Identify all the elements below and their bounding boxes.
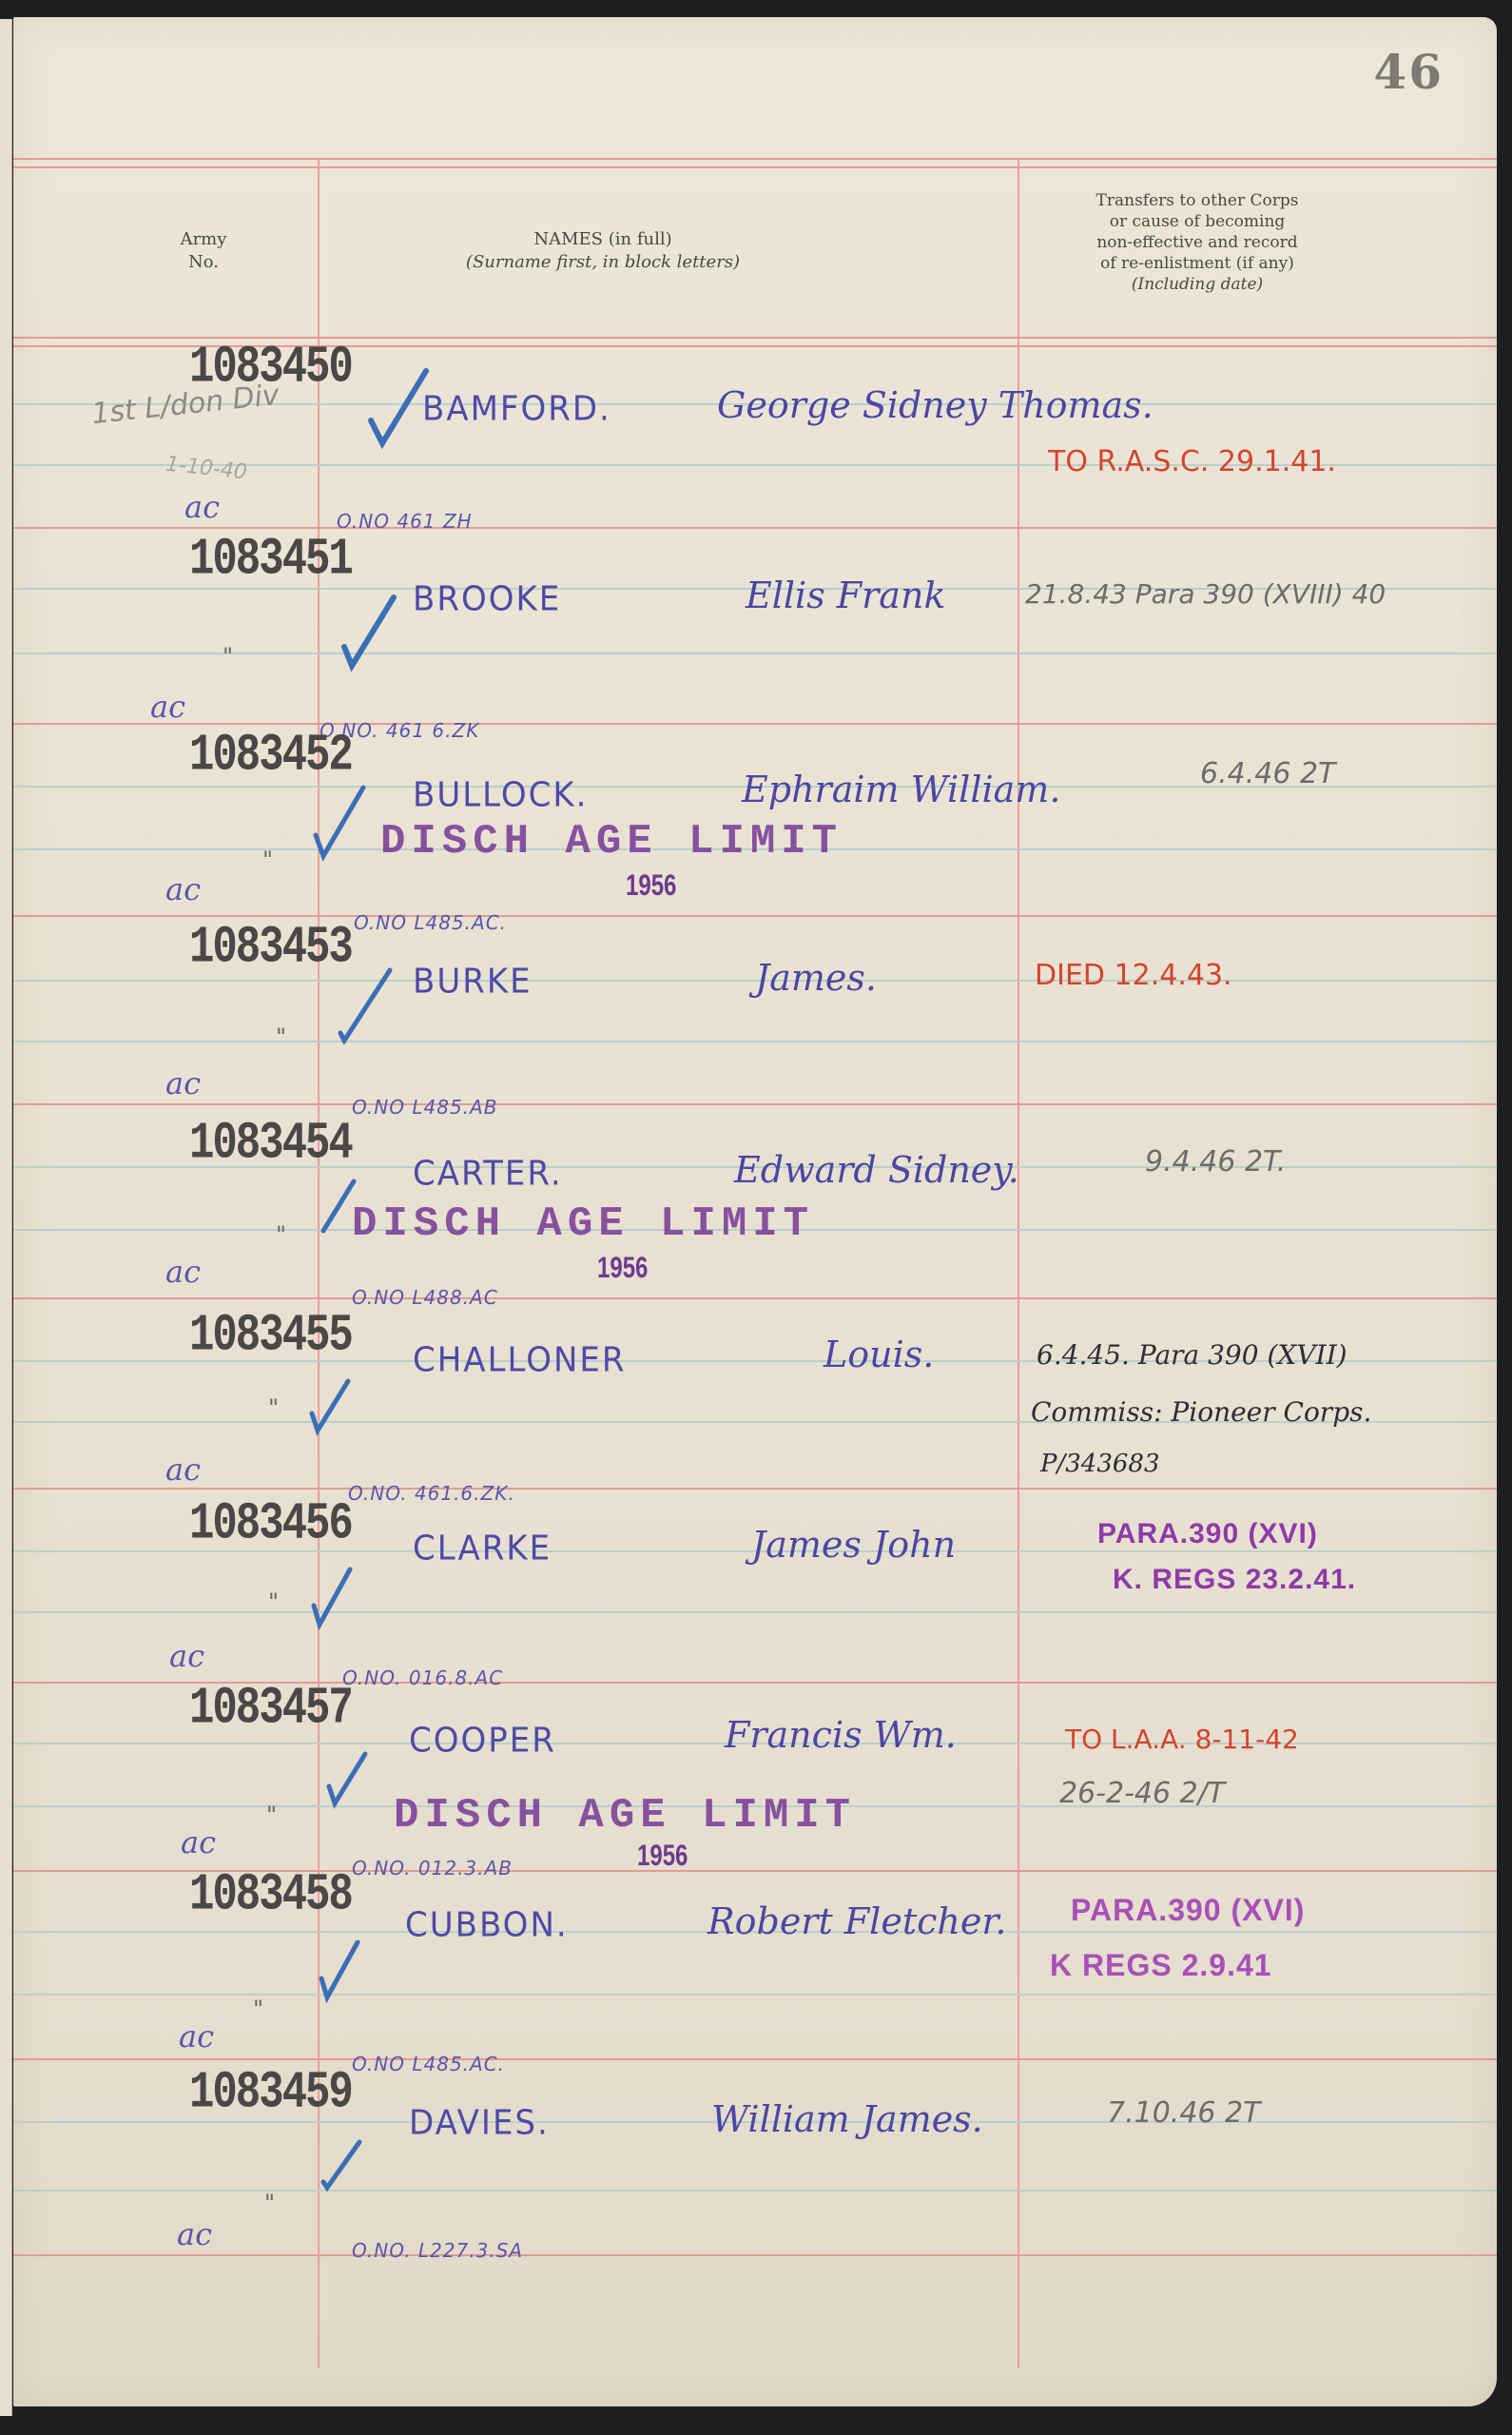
transfer-stamp: PARA.390 (XVI): [1071, 1893, 1305, 1928]
header-names-label: NAMES (in full): [413, 228, 793, 251]
transfer-note: P/343683: [1040, 1450, 1160, 1478]
header-no-label: No.: [146, 251, 261, 274]
army-number: 1083455: [189, 1307, 352, 1367]
ac-mark: ac: [150, 689, 185, 725]
transfer-note: 26-2-46 2/T: [1059, 1777, 1225, 1810]
blue-rule: [13, 1994, 1497, 1996]
officer-number: O.NO L485.AC.: [352, 2053, 505, 2075]
ac-mark: ac: [184, 489, 220, 525]
ditto-mark: ": [264, 2190, 275, 2216]
surname: BROOKE: [413, 579, 561, 619]
surname: DAVIES.: [409, 2103, 550, 2143]
officer-number: O.NO L485.AB: [352, 1096, 497, 1119]
header-transfers-line: of re-enlistment (if any): [1059, 253, 1335, 274]
given-names: Edward Sidney.: [734, 1149, 1019, 1191]
check-mark-icon: [308, 778, 375, 864]
surname: CUBBON.: [405, 1905, 569, 1945]
entry-rule: [13, 723, 1497, 725]
transfer-note: 9.4.46 2T.: [1145, 1145, 1286, 1179]
army-number: 1083453: [189, 919, 352, 979]
check-mark-icon: [308, 1564, 356, 1630]
ac-mark: ac: [177, 2216, 212, 2252]
ac-mark: ac: [169, 1638, 204, 1674]
discharge-stamp: DISCH AGE LIMIT: [352, 1200, 814, 1248]
discharge-stamp: DISCH AGE LIMIT: [394, 1792, 856, 1840]
ditto-mark: ": [253, 1996, 263, 2022]
adjacent-page-edge: [0, 19, 12, 2416]
column-divider-names-transfers: [1018, 158, 1019, 2368]
surname: COOPER: [409, 1721, 556, 1761]
officer-number: O.NO L488.AC: [352, 1286, 498, 1309]
given-names: Louis.: [824, 1334, 934, 1375]
margin-unit-note: 1st L/don Div: [90, 379, 281, 432]
transfer-note: TO R.A.S.C. 29.1.41.: [1048, 445, 1336, 478]
ac-mark: ac: [165, 1065, 201, 1101]
ac-mark: ac: [165, 1254, 201, 1290]
entry-rule: [13, 1488, 1497, 1490]
surname: CARTER.: [413, 1154, 563, 1194]
officer-number: O.NO. 016.8.AC: [342, 1666, 503, 1689]
given-names: James.: [755, 957, 877, 999]
entry-rule: [13, 527, 1497, 529]
entry-rule: [13, 2058, 1497, 2060]
army-number: 1083458: [189, 1866, 352, 1926]
page-number: 46: [1373, 44, 1444, 100]
margin-date-note: 1-10-40: [165, 453, 248, 485]
check-mark-icon: [318, 2134, 365, 2191]
stamp-year: 1956: [637, 1840, 688, 1874]
ledger-page: 46 Army No. NAMES (in full) (Surname fir…: [13, 17, 1497, 2406]
ac-mark: ac: [165, 871, 201, 907]
transfer-note: 7.10.46 2T: [1107, 2096, 1260, 2130]
army-number: 1083452: [189, 727, 352, 787]
ditto-mark: ": [223, 643, 233, 670]
army-number: 1083459: [189, 2064, 352, 2124]
entry-rule: [13, 1297, 1497, 1299]
ac-mark: ac: [179, 2018, 214, 2055]
given-names: Ellis Frank: [746, 575, 945, 616]
header-names-sub: (Surname first, in block letters): [413, 251, 793, 274]
officer-number: O.NO. 012.3.AB: [352, 1857, 513, 1880]
ditto-mark: ": [268, 1394, 279, 1421]
surname: CHALLONER: [413, 1340, 627, 1380]
header-army-label: Army: [146, 228, 261, 251]
officer-number: O.NO 461 ZH: [337, 510, 473, 533]
check-mark-icon: [337, 588, 403, 673]
officer-number: O.NO. L227.3.SA: [352, 2239, 523, 2262]
entry-rule: [13, 1103, 1497, 1105]
transfer-note: 6.4.46 2T: [1200, 757, 1335, 790]
transfer-stamp: K REGS 2.9.41: [1050, 1948, 1272, 1983]
blue-rule: [13, 653, 1497, 654]
header-transfers-line: Transfers to other Corps: [1059, 190, 1335, 211]
officer-number: O.NO. 461.6.ZK.: [348, 1482, 515, 1505]
transfer-stamp: PARA.390 (XVI): [1097, 1518, 1318, 1550]
stamp-year: 1956: [597, 1252, 648, 1286]
army-number: 1083454: [189, 1115, 352, 1175]
ditto-mark: ": [266, 1802, 277, 1828]
ac-mark: ac: [181, 1824, 216, 1860]
given-names: Ephraim William.: [742, 769, 1060, 810]
surname: BULLOCK.: [413, 775, 589, 815]
header-transfers-sub: (Including date): [1059, 274, 1335, 295]
stamp-year: 1956: [626, 869, 676, 904]
ditto-mark: ": [276, 1023, 286, 1050]
army-number: 1083451: [189, 531, 352, 591]
header-names: NAMES (in full) (Surname first, in block…: [413, 228, 793, 274]
check-mark-icon: [316, 1937, 363, 2003]
given-names: Robert Fletcher.: [708, 1900, 1006, 1942]
transfer-note: TO L.A.A. 8-11-42: [1065, 1724, 1299, 1755]
header-top-rule: [13, 158, 1497, 168]
transfer-note: 6.4.45. Para 390 (XVII): [1037, 1339, 1347, 1371]
blue-rule: [13, 2190, 1497, 2191]
transfer-note: 21.8.43 Para 390 (XVIII) 40: [1025, 578, 1386, 610]
army-number: 1083456: [189, 1495, 352, 1555]
transfer-note: Commiss: Pioneer Corps.: [1031, 1396, 1371, 1428]
header-army-no: Army No.: [146, 228, 261, 274]
officer-number: O.NO L485.AC.: [354, 911, 507, 934]
army-number: 1083457: [189, 1680, 352, 1740]
surname: BAMFORD.: [422, 389, 611, 429]
entry-rule: [13, 2254, 1497, 2256]
entry-rule: [13, 915, 1497, 917]
surname: BURKE: [413, 962, 533, 1002]
transfer-note: DIED 12.4.43.: [1035, 959, 1232, 992]
check-mark-icon: [333, 959, 399, 1044]
ditto-mark: ": [262, 847, 273, 873]
ac-mark: ac: [165, 1451, 201, 1488]
check-mark-icon: [306, 1375, 354, 1436]
given-names: George Sidney Thomas.: [717, 384, 1153, 426]
surname: CLARKE: [413, 1529, 552, 1568]
header-transfers-line: non-effective and record: [1059, 232, 1335, 253]
blue-rule: [13, 1041, 1497, 1042]
discharge-stamp: DISCH AGE LIMIT: [380, 818, 843, 866]
given-names: William James.: [711, 2098, 983, 2140]
blue-rule: [13, 1611, 1497, 1613]
header-transfers-line: or cause of becoming: [1059, 211, 1335, 232]
transfer-stamp: K. REGS 23.2.41.: [1113, 1564, 1356, 1596]
ditto-mark: ": [268, 1588, 279, 1615]
header-transfers: Transfers to other Corps or cause of bec…: [1059, 190, 1335, 295]
given-names: Francis Wm.: [725, 1714, 957, 1756]
check-mark-icon: [323, 1748, 371, 1809]
column-divider-army-names: [318, 158, 320, 2368]
ditto-mark: ": [276, 1221, 286, 1248]
given-names: James John: [751, 1524, 956, 1566]
